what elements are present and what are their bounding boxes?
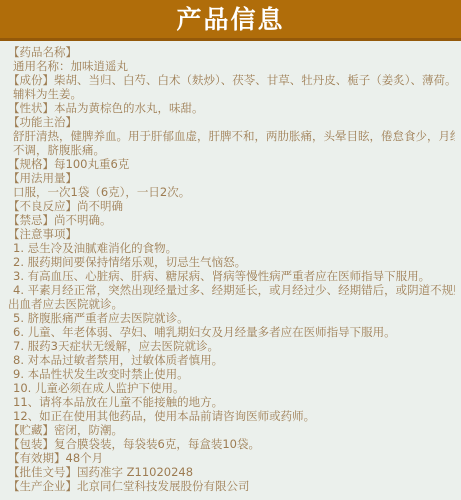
info-line: 【规格】每100丸重6克 [8,157,455,171]
info-line: 5. 脐腹胀痛严重者应去医院就诊。 [8,311,455,325]
info-line: 【包装】复合膜袋装，每袋装6克，每盒装10袋。 [8,437,455,451]
info-line: 【性状】本品为黄棕色的水丸，味甜。 [8,101,455,115]
info-line: 口服，一次1袋（6克），一日2次。 [8,185,455,199]
info-line: 3. 有高血压、心脏病、肝病、糖尿病、肾病等慢性病严重者应在医师指导下服用。 [8,269,455,283]
info-line: 9. 本品性状发生改变时禁止使用。 [8,367,455,381]
info-line: 12、如正在使用其他药品，使用本品前请咨询医师或药师。 [8,409,455,423]
info-line: 7. 服药3天症状无缓解，应去医院就诊。 [8,339,455,353]
page-title: 产品信息 [176,7,284,32]
info-line: 通用名称：加味逍遥丸 [8,59,455,73]
info-line: 【批佳文号】国药准字 Z11020248 [8,465,455,479]
product-info-content: 【药品名称】通用名称：加味逍遥丸【成份】柴胡、当归、白芍、白术（麸炒）、茯苓、甘… [0,41,461,493]
info-line: 【成份】柴胡、当归、白芍、白术（麸炒）、茯苓、甘草、牡丹皮、栀子（姜炙）、薄荷。 [8,73,455,87]
info-line: 6. 儿童、年老体弱、孕妇、哺乳期妇女及月经量多者应在医师指导下服用。 [8,325,455,339]
info-line: 10. 儿童必须在成人监护下使用。 [8,381,455,395]
info-line: 【药品名称】 [8,45,455,59]
product-info-page: 产品信息 【药品名称】通用名称：加味逍遥丸【成份】柴胡、当归、白芍、白术（麸炒）… [0,0,461,493]
info-line: 8. 对本品过敏者禁用，过敏体质者慎用。 [8,353,455,367]
info-line: 不调，脐腹胀痛。 [8,143,455,157]
info-line: 【贮藏】密闭，防潮。 [8,423,455,437]
info-line: 1. 忌生冷及油腻难消化的食物。 [8,241,455,255]
info-line: 舒肝清热，健脾养血。用于肝郁血虚，肝脾不和，两肋胀痛，头晕目眩，倦怠食少，月经 [8,129,455,143]
info-line: 【生产企业】北京同仁堂科技发展股份有限公司 [8,479,455,493]
info-line: 【禁忌】尚不明确。 [8,213,455,227]
info-line: 【有效期】48个月 [8,451,455,465]
info-line: 2. 服药期间要保持情绪乐观，切忌生气恼怒。 [8,255,455,269]
info-line: 【功能主治】 [8,115,455,129]
info-line: 【不良反应】尚不明确 [8,199,455,213]
info-line: 【注意事项】 [8,227,455,241]
info-line: 【用法用量】 [8,171,455,185]
info-line: 11、请将本品放在儿童不能接触的地方。 [8,395,455,409]
page-header: 产品信息 [0,0,461,41]
info-line: 辅料为生姜。 [8,87,455,101]
info-line: 出血者应去医院就诊。 [8,297,455,311]
info-line: 4. 平素月经正常，突然出现经量过多、经期延长，或月经过少、经期错后，或阴道不规… [8,283,455,297]
